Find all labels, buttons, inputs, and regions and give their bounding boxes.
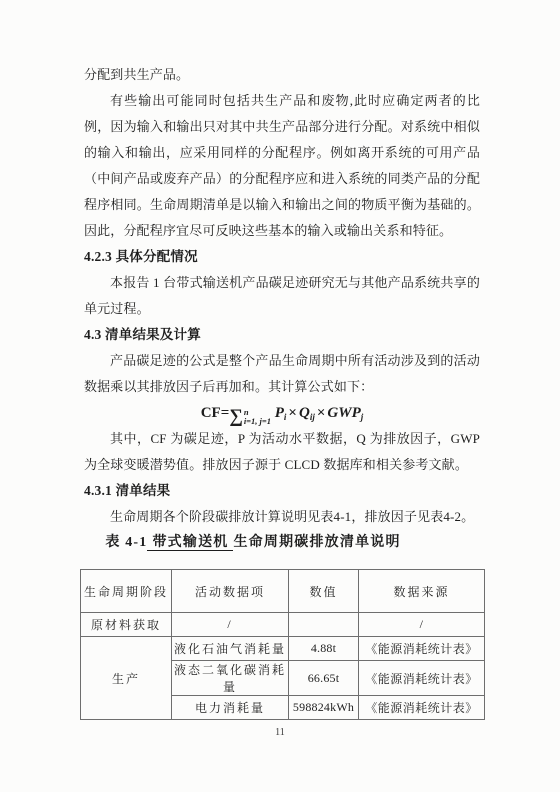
cell-value: 598824kWh bbox=[289, 696, 359, 720]
heading-4-3: 4.3 清单结果及计算 bbox=[84, 322, 480, 348]
multiply-sign: × bbox=[315, 405, 328, 421]
column-header-stage: 生命周期阶段 bbox=[81, 570, 172, 613]
table-caption-prefix: 表 4-1 bbox=[105, 535, 147, 550]
cell-value: 4.88t bbox=[289, 637, 359, 661]
cell-stage: 原材料获取 bbox=[81, 613, 172, 637]
carbon-footprint-formula: CF=∑ni=1, j=1 Pi×Qij×GWPj bbox=[84, 400, 480, 426]
paragraph-4-3-where: 其中，CF 为碳足迹，P 为活动水平数据，Q 为排放因子，GWP 为全球变暖潜势… bbox=[84, 426, 480, 478]
sigma-lower-limit: i=1, j=1 bbox=[244, 417, 271, 426]
cell-item: 液态二氧化碳消耗量 bbox=[172, 661, 289, 696]
column-header-source: 数据来源 bbox=[359, 570, 485, 613]
sigma-symbol: ∑ bbox=[229, 408, 243, 426]
inventory-table: 生命周期阶段 活动数据项 数值 数据来源 原材料获取 / / 生产 液化石油气消… bbox=[80, 569, 485, 720]
paragraph-allocation: 有些输出可能同时包括共生产品和废物,此时应确定两者的比例，因为输入和输出只对其中… bbox=[84, 88, 480, 244]
heading-4-3-1: 4.3.1 清单结果 bbox=[84, 478, 480, 504]
cell-item: / bbox=[172, 613, 289, 637]
table-caption: 表 4-1带式输送机生命周期碳排放清单说明 bbox=[84, 530, 480, 556]
paragraph-4-3-intro: 产品碳足迹的公式是整个产品生命周期中所有活动涉及到的活动数据乘以其排放因子后再加… bbox=[84, 348, 480, 400]
cell-item: 液化石油气消耗量 bbox=[172, 637, 289, 661]
column-header-value: 数值 bbox=[289, 570, 359, 613]
document-page: 分配到共生产品。 有些输出可能同时包括共生产品和废物,此时应确定两者的比例，因为… bbox=[0, 0, 560, 792]
paragraph-4-3-1: 生命周期各个阶段碳排放计算说明见表4-1，排放因子见表4-2。 bbox=[84, 504, 480, 530]
cell-item: 电力消耗量 bbox=[172, 696, 289, 720]
heading-4-2-3: 4.2.3 具体分配情况 bbox=[84, 244, 480, 270]
multiply-sign: × bbox=[286, 405, 299, 421]
paragraph-4-2-3: 本报告 1 台带式输送机产品碳足迹研究无与其他产品系统共享的单元过程。 bbox=[84, 270, 480, 322]
formula-term-gwp: GWP bbox=[327, 405, 360, 421]
formula-term-gwp-sub: j bbox=[361, 412, 364, 422]
cell-stage: 生产 bbox=[81, 637, 172, 720]
table-caption-underlined: 带式输送机 bbox=[147, 535, 233, 551]
column-header-item: 活动数据项 bbox=[172, 570, 289, 613]
page-number: 11 bbox=[0, 727, 560, 738]
formula-term-q: Q bbox=[299, 405, 310, 421]
table-row: 原材料获取 / / bbox=[81, 613, 485, 637]
cell-source: / bbox=[359, 613, 485, 637]
table-row: 生产 液化石油气消耗量 4.88t 《能源消耗统计表》 bbox=[81, 637, 485, 661]
paragraph-continuation: 分配到共生产品。 bbox=[84, 62, 480, 88]
sigma-notation: ∑ni=1, j=1 bbox=[229, 408, 271, 426]
cell-source: 《能源消耗统计表》 bbox=[359, 637, 485, 661]
cell-source: 《能源消耗统计表》 bbox=[359, 696, 485, 720]
formula-lhs: CF= bbox=[201, 405, 230, 421]
content-area: 分配到共生产品。 有些输出可能同时包括共生产品和废物,此时应确定两者的比例，因为… bbox=[84, 62, 480, 720]
cell-value bbox=[289, 613, 359, 637]
table-header-row: 生命周期阶段 活动数据项 数值 数据来源 bbox=[81, 570, 485, 613]
formula-term-p: P bbox=[275, 405, 284, 421]
table-caption-suffix: 生命周期碳排放清单说明 bbox=[233, 535, 400, 550]
cell-source: 《能源消耗统计表》 bbox=[359, 661, 485, 696]
cell-value: 66.65t bbox=[289, 661, 359, 696]
